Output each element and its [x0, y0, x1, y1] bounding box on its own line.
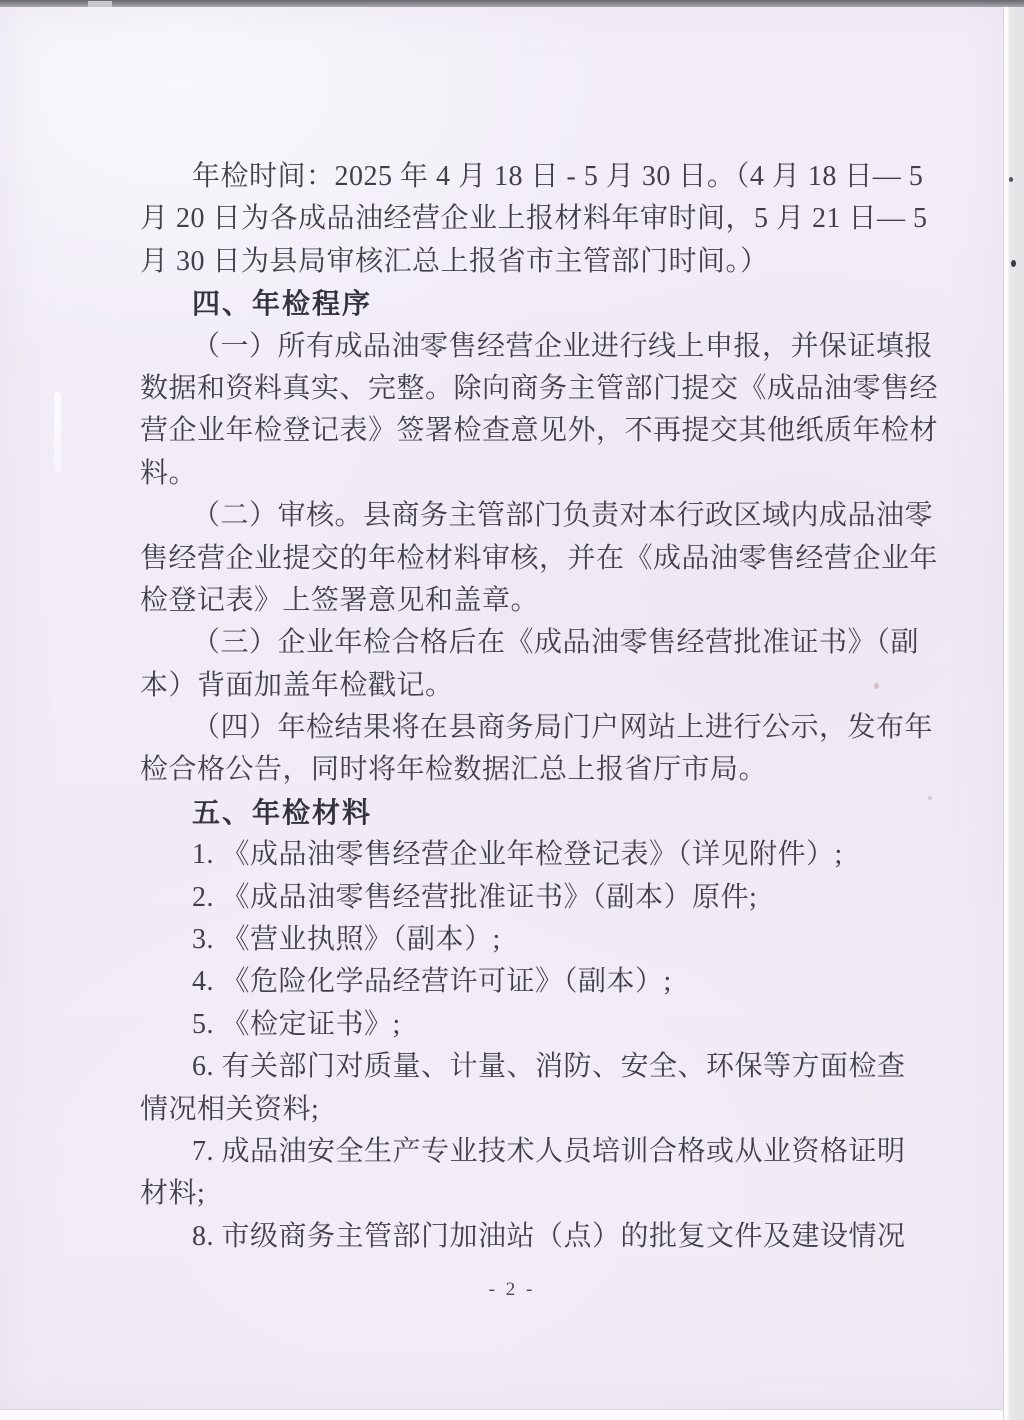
text-line: 2. 《成品油零售经营批准证书》（副本）原件;: [140, 877, 940, 919]
text-line: 5. 《检定证书》;: [140, 1004, 940, 1046]
text-line: 年检时间：2025 年 4 月 18 日 - 5 月 30 日。（4 月 18 …: [140, 156, 940, 198]
text-line: 售经营企业提交的年检材料审核，并在《成品油零售经营企业年: [140, 538, 940, 580]
text-line: 月 30 日为县局审核汇总上报省市主管部门时间。）: [140, 241, 940, 283]
text-line: 月 20 日为各成品油经营企业上报材料年审时间，5 月 21 日— 5: [140, 198, 940, 240]
paper-scratch-artifact: [54, 392, 61, 472]
text-line: 7. 成品油安全生产专业技术人员培训合格或从业资格证明: [140, 1131, 940, 1173]
section-heading: 五、年检材料: [140, 792, 940, 834]
text-line: （二）审核。县商务主管部门负责对本行政区域内成品油零: [140, 495, 940, 537]
text-line: 6. 有关部门对质量、计量、消防、安全、环保等方面检查: [140, 1046, 940, 1088]
text-line: 1. 《成品油零售经营企业年检登记表》（详见附件）;: [140, 834, 940, 876]
text-line: 数据和资料真实、完整。除向商务主管部门提交《成品油零售经: [140, 368, 940, 410]
scanner-edge-bottom: [0, 1409, 1003, 1420]
text-line: 3. 《营业执照》（副本）;: [140, 919, 940, 961]
paper-sheet: 年检时间：2025 年 4 月 18 日 - 5 月 30 日。（4 月 18 …: [0, 0, 1003, 1409]
text-line: 检合格公告，同时将年检数据汇总上报省厅市局。: [140, 749, 940, 791]
page-number: - 2 -: [452, 1279, 572, 1301]
text-line: 情况相关资料;: [140, 1089, 940, 1131]
text-line: （四）年检结果将在县商务局门户网站上进行公示，发布年: [140, 707, 940, 749]
text-line: 本）背面加盖年检戳记。: [140, 665, 940, 707]
scanner-edge-notch: [88, 1, 112, 7]
dust-speck: [874, 683, 879, 689]
document-body: 年检时间：2025 年 4 月 18 日 - 5 月 30 日。（4 月 18 …: [140, 156, 940, 1258]
dust-speck: [928, 796, 932, 800]
dust-speck: [1009, 177, 1013, 182]
dust-speck: [1011, 260, 1016, 267]
text-line: 8. 市级商务主管部门加油站（点）的批复文件及建设情况: [140, 1216, 940, 1258]
section-heading: 四、年检程序: [140, 283, 940, 325]
text-line: 4. 《危险化学品经营许可证》（副本）;: [140, 961, 940, 1003]
scanner-edge-top: [0, 0, 1024, 7]
text-line: 检登记表》上签署意见和盖章。: [140, 580, 940, 622]
text-line: 营企业年检登记表》签署检查意见外，不再提交其他纸质年检材: [140, 410, 940, 452]
text-line: 材料;: [140, 1173, 940, 1215]
text-line: （三）企业年检合格后在《成品油零售经营批准证书》（副: [140, 622, 940, 664]
text-line: 料。: [140, 453, 940, 495]
scanner-edge-right: [1003, 7, 1024, 1420]
scanned-document-page: 年检时间：2025 年 4 月 18 日 - 5 月 30 日。（4 月 18 …: [0, 0, 1024, 1420]
text-line: （一）所有成品油零售经营企业进行线上申报，并保证填报: [140, 326, 940, 368]
